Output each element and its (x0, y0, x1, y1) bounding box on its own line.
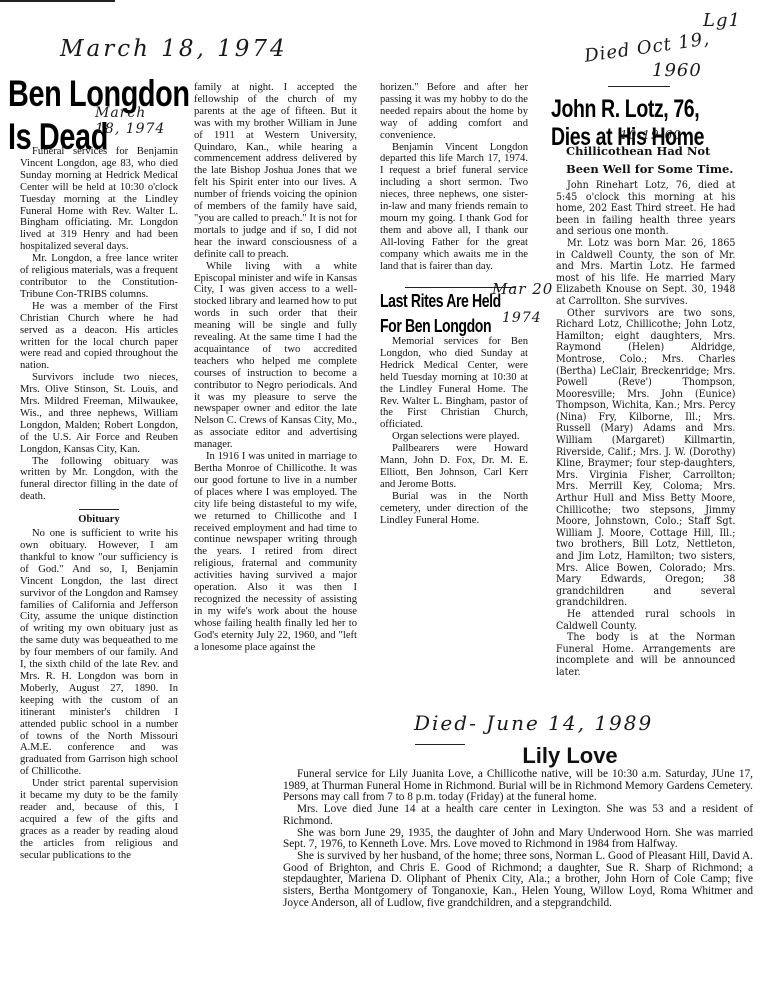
last-rites-headline-line2: For Ben Longdon (380, 317, 501, 336)
paragraph: Funeral service for Lily Juanita Love, a… (283, 769, 753, 804)
paragraph: No one is sufficient to write his own ob… (20, 528, 178, 778)
love-paragraphs: Funeral service for Lily Juanita Love, a… (283, 769, 753, 909)
lotz-paragraphs: John Rinehart Lotz, 76, died at 5:45 o'c… (556, 180, 735, 679)
scan-edge-line (0, 0, 115, 2)
obituary-subhead: Obituary (20, 514, 178, 526)
paragraph: Memorial services for Ben Longdon, who d… (380, 336, 528, 431)
paragraph: In 1916 I was united in marriage to Bert… (194, 451, 357, 653)
paragraph: Under strict parental supervision it bec… (20, 778, 178, 861)
paragraph: Organ selections were played. (380, 431, 528, 443)
paragraph: While living with a white Episcopal mini… (194, 261, 357, 452)
section-divider (79, 509, 119, 510)
paragraph: Mr. Longdon, a free lance writer of reli… (20, 253, 178, 301)
paragraph: The body is at the Norman Funeral Home. … (556, 632, 735, 678)
paragraph: He was a member of the First Christian C… (20, 301, 178, 372)
lotz-headline-note: 10-19-60 (620, 128, 682, 142)
love-handwritten-date: Died- June 14, 1989 (414, 711, 653, 735)
last-rites-headline-line1: Last Rites Are Held (380, 292, 501, 311)
paragraph: Survivors include two nieces, Mrs. Olive… (20, 372, 178, 455)
longdon-headline-note: March18, 1974 (95, 105, 175, 137)
paragraph: Mrs. Love died June 14 at a health care … (283, 804, 753, 827)
paragraph: Other survivors are two sons, Richard Lo… (556, 308, 735, 609)
longdon-col1b-paragraphs: No one is sufficient to write his own ob… (20, 528, 178, 861)
longdon-column-1: Funeral services for Benjamin Vincent Lo… (20, 146, 178, 861)
lotz-headline-line1: John R. Lotz, 76, (551, 96, 704, 122)
last-rites-note-line2: 1974 (502, 310, 542, 326)
lotz-body: John Rinehart Lotz, 76, died at 5:45 o'c… (556, 180, 735, 679)
paragraph: She was born June 29, 1935, the daughter… (283, 828, 753, 851)
last-rites-body: Memorial services for Ben Longdon, who d… (380, 336, 528, 527)
longdon-column-2: family at night. I accepted the fellowsh… (194, 82, 357, 654)
lotz-subhead: Chillicothean Had Not Been Well for Some… (566, 142, 733, 178)
paragraph: Burial was in the North cemetery, under … (380, 491, 528, 527)
longdon-col2-paragraphs: family at night. I accepted the fellowsh… (194, 82, 357, 654)
last-rites-paragraphs: Memorial services for Ben Longdon, who d… (380, 336, 528, 527)
paragraph: Benjamin Vincent Longdon departed this l… (380, 142, 528, 273)
paragraph: John Rinehart Lotz, 76, died at 5:45 o'c… (556, 180, 735, 238)
lotz-top-rule (608, 86, 670, 87)
paragraph: The following obituary was written by Mr… (20, 456, 178, 504)
paragraph: She is survived by her husband, of the h… (283, 851, 753, 910)
last-rites-note-line1: Mar 20 (492, 280, 553, 298)
lotz-subhead-line1: Chillicothean Had Not (566, 142, 733, 160)
paragraph: Funeral services for Benjamin Vincent Lo… (20, 146, 178, 253)
longdon-handwritten-date: March 18, 1974 (60, 36, 288, 62)
love-body: Funeral service for Lily Juanita Love, a… (283, 769, 753, 909)
paragraph: Mr. Lotz was born Mar. 26, 1865 in Caldw… (556, 238, 735, 308)
longdon-column-3: horizen." Before and after her passing i… (380, 82, 528, 273)
longdon-col1-paragraphs: Funeral services for Benjamin Vincent Lo… (20, 146, 178, 503)
paragraph: family at night. I accepted the fellowsh… (194, 82, 357, 261)
lotz-handwritten-date-line2: 1960 (652, 60, 702, 81)
paragraph: Pallbearers were Howard Mann, John D. Fo… (380, 443, 528, 491)
lotz-subhead-line2: Been Well for Some Time. (566, 160, 733, 178)
paragraph: He attended rural schools in Caldwell Co… (556, 609, 735, 632)
paragraph: horizen." Before and after her passing i… (380, 82, 528, 142)
longdon-col3-paragraphs: horizen." Before and after her passing i… (380, 82, 528, 273)
love-headline: Lily Love (380, 743, 760, 769)
